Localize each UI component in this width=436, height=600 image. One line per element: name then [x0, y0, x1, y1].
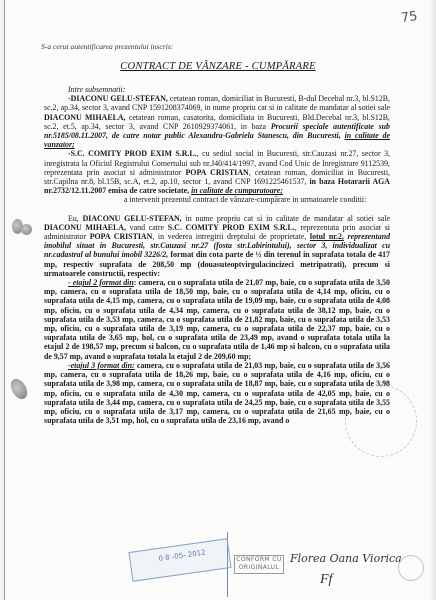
- contract-body: Intre subsemnatii: -DIACONU GELU-STEFAN,…: [44, 85, 390, 425]
- party-seller: -DIACONU GELU-STEFAN, cetatean roman, do…: [44, 94, 390, 149]
- floor-3-description: -etajul 3 format din: camera, cu o supra…: [44, 361, 390, 425]
- binder-hole-icon: [21, 224, 32, 235]
- conform-cu-originalul-stamp: CONFORM CU ORIGINALUL: [234, 555, 284, 574]
- floor-2-description: - etajul 2 format din: camera, cu o supr…: [44, 278, 390, 361]
- stamp-date: 0 8 -05- 2012: [158, 548, 206, 563]
- signature-scribble: Ff: [320, 572, 332, 588]
- intervened-line: a intervenit prezentul contract de vânza…: [44, 195, 390, 204]
- intro-label: Intre subsemnatii:: [68, 85, 125, 94]
- authentication-preamble: S-a cerut autentificarea prezentului ins…: [41, 42, 173, 51]
- page-number-mark: 75: [400, 9, 418, 26]
- sale-clause: Eu, DIACONU GELU-STEFAN, in nume propriu…: [44, 214, 390, 278]
- page-edge-shadow: [430, 0, 436, 600]
- notary-seal-stamp: [345, 385, 417, 457]
- signature-name: Florea Oana Viorica: [290, 552, 402, 565]
- document-title: CONTRACT DE VÂNZARE - CUMPĂRARE: [0, 61, 436, 72]
- stamp-circle-mark: [398, 555, 424, 581]
- party-buyer: -S.C. COMITY PROD EXIM S.R.L., cu sediul…: [44, 149, 390, 195]
